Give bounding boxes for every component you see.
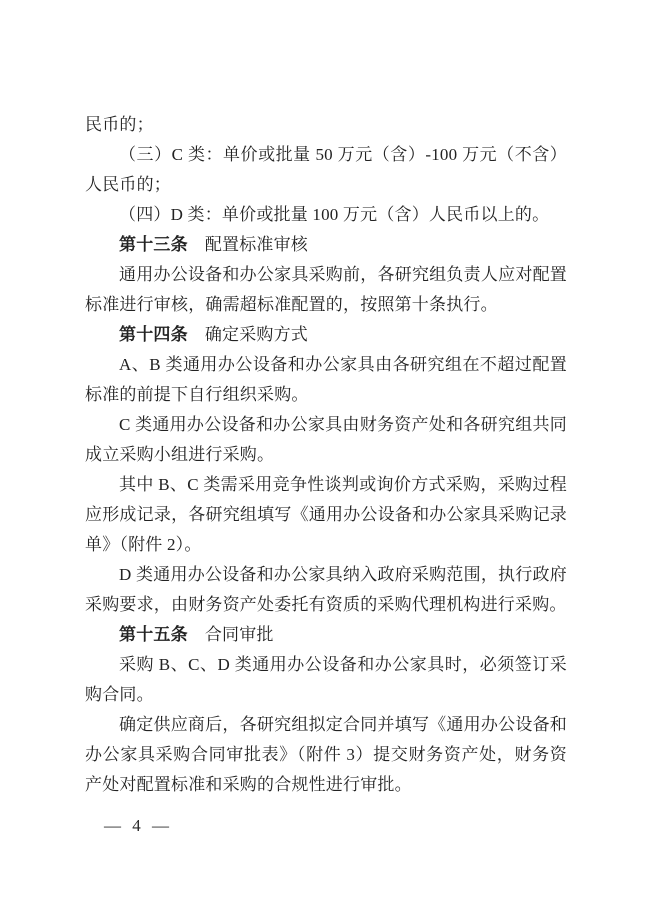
paragraph: A、B 类通用办公设备和办公家具由各研究组在不超过配置标准的前提下自行组织采购。 — [85, 350, 567, 410]
document-page: 民币的； （三）C 类：单价或批量 50 万元（含）-100 万元（不含）人民币… — [0, 0, 650, 919]
article-heading-14: 第十四条确定采购方式 — [85, 320, 567, 350]
paragraph-continuation: 民币的； — [85, 110, 567, 140]
article-heading-15: 第十五条合同审批 — [85, 620, 567, 650]
article-subject: 合同审批 — [205, 625, 274, 644]
article-number: 第十四条 — [119, 325, 188, 344]
article-number: 第十三条 — [119, 235, 188, 254]
article-subject: 配置标准审核 — [205, 235, 308, 254]
paragraph: D 类通用办公设备和办公家具纳入政府采购范围，执行政府采购要求，由财务资产处委托… — [85, 560, 567, 620]
document-body: 民币的； （三）C 类：单价或批量 50 万元（含）-100 万元（不含）人民币… — [85, 110, 567, 800]
article-heading-13: 第十三条配置标准审核 — [85, 230, 567, 260]
paragraph: 通用办公设备和办公家具采购前，各研究组负责人应对配置标准进行审核，确需超标准配置… — [85, 260, 567, 320]
article-subject: 确定采购方式 — [205, 325, 308, 344]
paragraph: 确定供应商后，各研究组拟定合同并填写《通用办公设备和办公家具采购合同审批表》（附… — [85, 710, 567, 800]
paragraph: 其中 B、C 类需采用竞争性谈判或询价方式采购，采购过程应形成记录，各研究组填写… — [85, 470, 567, 560]
page-number: — 4 — — [104, 813, 169, 839]
article-number: 第十五条 — [119, 625, 188, 644]
paragraph-item-c-class: （三）C 类：单价或批量 50 万元（含）-100 万元（不含）人民币的； — [85, 140, 567, 200]
paragraph: 采购 B、C、D 类通用办公设备和办公家具时，必须签订采购合同。 — [85, 650, 567, 710]
paragraph: C 类通用办公设备和办公家具由财务资产处和各研究组共同成立采购小组进行采购。 — [85, 410, 567, 470]
paragraph-item-d-class: （四）D 类：单价或批量 100 万元（含）人民币以上的。 — [85, 200, 567, 230]
